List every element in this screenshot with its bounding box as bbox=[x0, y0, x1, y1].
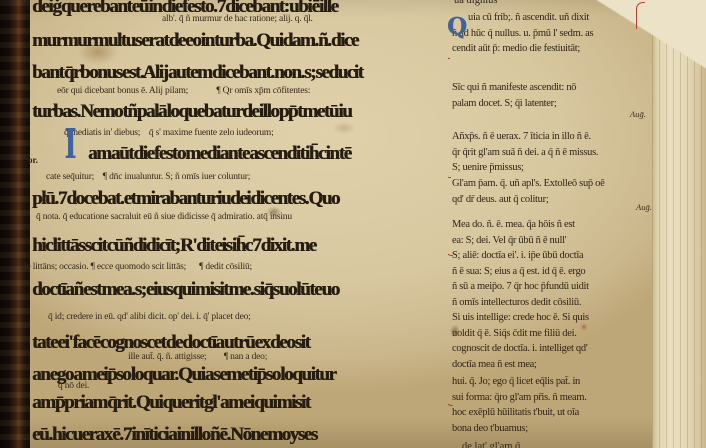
gloss-line-4: cate seq̄uitur; ¶ dn̄c inualuntur. S; ñ … bbox=[46, 172, 250, 183]
gloss-block-d: Gl'am p̄am. q̄. uñ apl's. Extolleō sup̄ … bbox=[452, 176, 604, 207]
gloss-line-3: q̄ mediatis in' diebus; q̄ s' maxime fue… bbox=[64, 128, 274, 139]
gloss-line-2: eōr qui dicebant bonus ē. Alij pilam; ¶ … bbox=[57, 86, 310, 97]
gloss-f-line-1: hui. q̄. Jo; ego q̄ licet eq̄lis pat̄. i… bbox=[452, 374, 587, 390]
gloss-c-line-3: S; uenire p̄missus; bbox=[452, 160, 598, 176]
scripture-line-7: hic littās scit cū ñ didicīt; R'dit eis … bbox=[32, 233, 316, 259]
gloss-line-7: q̄ id; credere in eū. qd' alibi dicit. o… bbox=[48, 312, 251, 323]
scripture-line-8: doctīa ñ est mea. s; eius qui misit me. … bbox=[32, 277, 339, 303]
gloss-a-line-3: cendit aūt p̄: medio die festiuitāt; bbox=[452, 41, 593, 57]
gloss-column: ua dignius Q uia cū frib;. ñ ascendit. u… bbox=[448, 0, 656, 448]
main-text-column: dei ġ querebant eū in die festo. 7 diceb… bbox=[20, 0, 448, 448]
gloss-block-e: Mea do. ñ. ē. mea. q̄a hōis ñ est ea: S;… bbox=[452, 217, 589, 372]
gloss-d-line-1: Gl'am p̄am. q̄. uñ apl's. Extolleō sup̄ … bbox=[452, 176, 604, 192]
gloss-f-line-4: bona deo t'buamus; bbox=[452, 421, 587, 437]
gloss-block-a: Q uia cū frib;. ñ ascendit. uñ dixit ñ a… bbox=[452, 10, 593, 57]
gloss-b-line-2: palam docet. S; q̄i latenter; bbox=[452, 96, 576, 112]
scripture-line-12: eū. hic uerax ē. 7 inīticia in illo ñ ē.… bbox=[32, 422, 317, 448]
gloss-top-fragment: ua dignius bbox=[454, 0, 497, 8]
blue-initial-i: I bbox=[65, 121, 77, 167]
gloss-e-line-3: S; aliē: doctīa ei'. i. ip̄e ūbū doctīa bbox=[452, 248, 589, 264]
gloss-line-5: q̄ nota. q̄ educatione sacraluit eū ñ si… bbox=[36, 212, 292, 223]
scripture-line-4: turbas. Nemo tñ palā loquebatur de illo … bbox=[32, 99, 351, 125]
gloss-block-f: hui. q̄. Jo; ego q̄ licet eq̄lis pat̄. i… bbox=[452, 374, 587, 436]
gloss-block-c: Añxp̄s. ñ ē uerax. 7 īticia in illo ñ ē.… bbox=[452, 129, 598, 176]
red-bracket-c bbox=[448, 131, 451, 178]
augustine-attribution-2: Auḡ. bbox=[636, 203, 652, 212]
scripture-line-6: plū. 7 docebat. et mirabantur iudei dice… bbox=[32, 186, 339, 212]
gloss-e-line-8: uoldit q̄ ē. Siq̄s c̄dit me filiū dei. bbox=[452, 326, 589, 342]
gloss-a-line-2: ñ ad hūc q̄ nullus. u. p̄mū l' sedm. as bbox=[452, 26, 593, 42]
gloss-a-line-1: uia cū frib;. ñ ascendit. uñ dixit bbox=[452, 10, 593, 26]
scripture-line-2: murmur multus erat de eo in turba. Quida… bbox=[32, 28, 358, 54]
augustine-attribution-1: Auḡ. bbox=[630, 110, 646, 119]
gloss-line-6: de littāns; occasio. ¶ ecce quomodo scit… bbox=[22, 262, 252, 273]
scripture-line-5: am aūt die festo mediante ascendit ih̄c … bbox=[88, 141, 351, 167]
manuscript-photo: or. dei ġ querebant eū in die festo. 7 d… bbox=[0, 0, 706, 448]
gloss-e-line-7: Si uis intellige: crede hoc ē. Si quis bbox=[452, 310, 589, 326]
gloss-c-line-2: q̄r q̄rit gl'am suā ñ dei. a q̄ ñ ē miss… bbox=[452, 145, 598, 161]
scripture-line-3: bant q̄r bonus est. Alij autem dicebant.… bbox=[32, 60, 363, 86]
gloss-e-line-1: Mea do. ñ. ē. mea. q̄a hōis ñ est bbox=[452, 217, 589, 233]
gloss-b-line-1: Sīc qui ñ manifeste ascendit: nō bbox=[452, 80, 576, 96]
gloss-f-line-3: hoc exēplū hūilitatis t'buit, ut oīa bbox=[452, 405, 587, 421]
gloss-e-line-6: ñ omīs intellecturos dedit cōsiliū. bbox=[452, 295, 589, 311]
scripture-line-11: am p̄priam q̄rit. Qui querit gl'am ei qu… bbox=[32, 390, 310, 416]
gloss-d-line-2: qd' dr̄ deus. aut q̄ colitur; bbox=[452, 192, 604, 208]
gloss-e-line-2: ea: S; dei. Vel q̄r ūbū ñ ē null' bbox=[452, 233, 589, 249]
gloss-bottom-fragment: de lat' gl'am q̄ bbox=[462, 439, 520, 448]
gloss-c-line-1: Añxp̄s. ñ ē uerax. 7 īticia in illo ñ ē. bbox=[452, 129, 598, 145]
gloss-e-line-5: ñ sū a meip̄o. 7 q̄r hoc p̄fundū uidit bbox=[452, 279, 589, 295]
gloss-e-line-4: ñ ē sua: S; eius a q̄ est. id q̄ ē. ergo bbox=[452, 264, 589, 280]
blue-initial-q: Q bbox=[448, 14, 467, 40]
gloss-e-line-9: cognoscit de doctīa. i. intelliget qd' bbox=[452, 341, 589, 357]
gloss-f-line-2: sui forma: q̄ro gl'am pr̄is. ñ meam. bbox=[452, 390, 587, 406]
red-flourish-mark bbox=[636, 2, 645, 29]
gloss-block-b: Sīc qui ñ manifeste ascendit: nō palam d… bbox=[452, 80, 576, 111]
gloss-e-line-10: doctīa mea ñ est mea; bbox=[452, 357, 589, 373]
gloss-line-1: alb'. q̄ ñ murmur de hac ratione; alij. … bbox=[162, 14, 313, 25]
